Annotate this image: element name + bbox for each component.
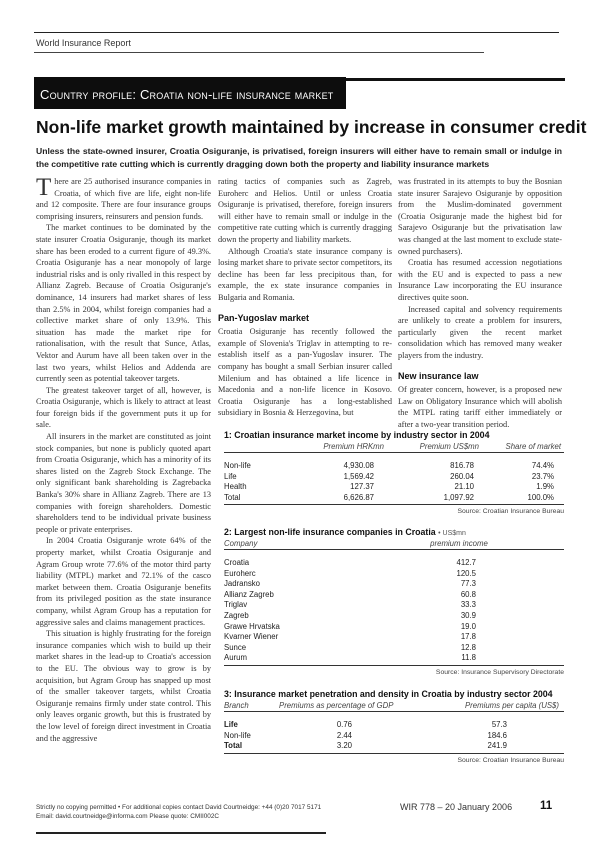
table-row: Kvarner Wiener17.8 <box>224 632 564 643</box>
drop-cap: T <box>36 178 51 198</box>
paragraph: In 2004 Croatia Osiguranje wrote 64% of … <box>36 535 211 628</box>
table-title: 3: Insurance market penetration and dens… <box>224 689 564 699</box>
table-row: Total3.20241.9 <box>224 741 564 752</box>
table-row: Aurum11.8 <box>224 653 564 664</box>
table-row: Jadransko77.3 <box>224 579 564 590</box>
standfirst: Unless the state-owned insurer, Croatia … <box>36 145 562 171</box>
table-largest-companies: 2: Largest non-life insurance companies … <box>224 527 564 676</box>
table-row: Triglav33.3 <box>224 600 564 611</box>
table-penetration-density: 3: Insurance market penetration and dens… <box>224 689 564 764</box>
table-row: Allianz Zagreb60.8 <box>224 590 564 601</box>
table-row: Sunce12.8 <box>224 643 564 654</box>
table-unit: • US$mn <box>438 530 466 537</box>
issue-info: WIR 778 – 20 January 2006 <box>400 802 512 812</box>
article-column-2: rating tactics of companies such as Zagr… <box>218 176 392 419</box>
subheading: New insurance law <box>398 371 562 383</box>
table-header: Premium HRKmn Premium US$mn Share of mar… <box>224 442 564 453</box>
page-number: 11 <box>540 800 552 812</box>
table-body: Life0.7657.3 Non-life2.44184.6 Total3.20… <box>224 720 564 754</box>
copyright-footer: Strictly no copying permitted • For addi… <box>36 803 366 821</box>
table-market-income: 1: Croatian insurance market income by i… <box>224 430 564 515</box>
section-banner: Country profile: Croatia non-life insura… <box>34 77 346 109</box>
table-row: Life 1,569.42 260.04 23.7% <box>224 472 564 483</box>
table-source: Source: Insurance Supervisory Directorat… <box>224 669 564 676</box>
table-body: Non-life 4,930.08 816.78 74.4% Life 1,56… <box>224 461 564 505</box>
paragraph: There are 25 authorised insurance compan… <box>36 176 211 222</box>
table-row: Non-life2.44184.6 <box>224 731 564 742</box>
paragraph: was frustrated in its attempts to buy th… <box>398 176 562 257</box>
headline: Non-life market growth maintained by inc… <box>36 117 586 138</box>
table-header: Company premium income <box>224 539 564 550</box>
table-row: Life0.7657.3 <box>224 720 564 731</box>
paragraph: Although Croatia's state insurance compa… <box>218 246 392 304</box>
table-row: Health 127.37 21.10 1.9% <box>224 482 564 493</box>
article-column-3: was frustrated in its attempts to buy th… <box>398 176 562 430</box>
paragraph: The greatest takeover target of all, how… <box>36 385 211 431</box>
article-column-1: There are 25 authorised insurance compan… <box>36 176 211 744</box>
table-row: Croatia412.7 <box>224 558 564 569</box>
table-row: Non-life 4,930.08 816.78 74.4% <box>224 461 564 472</box>
running-title: World Insurance Report <box>36 38 131 48</box>
table-source: Source: Croatian Insurance Bureau <box>224 757 564 764</box>
paragraph: Increased capital and solvency requireme… <box>398 304 562 362</box>
paragraph: rating tactics of companies such as Zagr… <box>218 176 392 246</box>
table-body: Croatia412.7 Euroherc120.5 Jadransko77.3… <box>224 558 564 666</box>
paragraph: Croatia Osiguranje has recently followed… <box>218 326 392 419</box>
table-title: 1: Croatian insurance market income by i… <box>224 430 564 440</box>
paragraph: All insurers in the market are constitut… <box>36 431 211 535</box>
table-title: 2: Largest non-life insurance companies … <box>224 527 564 537</box>
table-row: Grawe Hrvatska19.0 <box>224 622 564 633</box>
footer-copy-notice: Strictly no copying permitted • For addi… <box>36 803 366 812</box>
paragraph: The market continues to be dominated by … <box>36 222 211 384</box>
table-header: Branch Premiums as percentage of GDP Pre… <box>224 701 564 712</box>
bottom-rule <box>36 832 326 834</box>
table-row: Total 6,626.87 1,097.92 100.0% <box>224 493 564 504</box>
banner-rule <box>345 78 565 81</box>
paragraph: This situation is highly frustrating for… <box>36 628 211 744</box>
table-source: Source: Croatian Insurance Bureau <box>224 508 564 515</box>
running-title-rule <box>34 52 484 53</box>
table-row: Euroherc120.5 <box>224 569 564 580</box>
paragraph: Of greater concern, however, is a propos… <box>398 384 562 430</box>
paragraph: Croatia has resumed accession negotiatio… <box>398 257 562 303</box>
top-rule <box>34 32 559 33</box>
footer-contact-email: Email: david.courtneidge@informa.com Ple… <box>36 812 366 821</box>
table-row: Zagreb30.9 <box>224 611 564 622</box>
subheading: Pan-Yugoslav market <box>218 313 392 325</box>
